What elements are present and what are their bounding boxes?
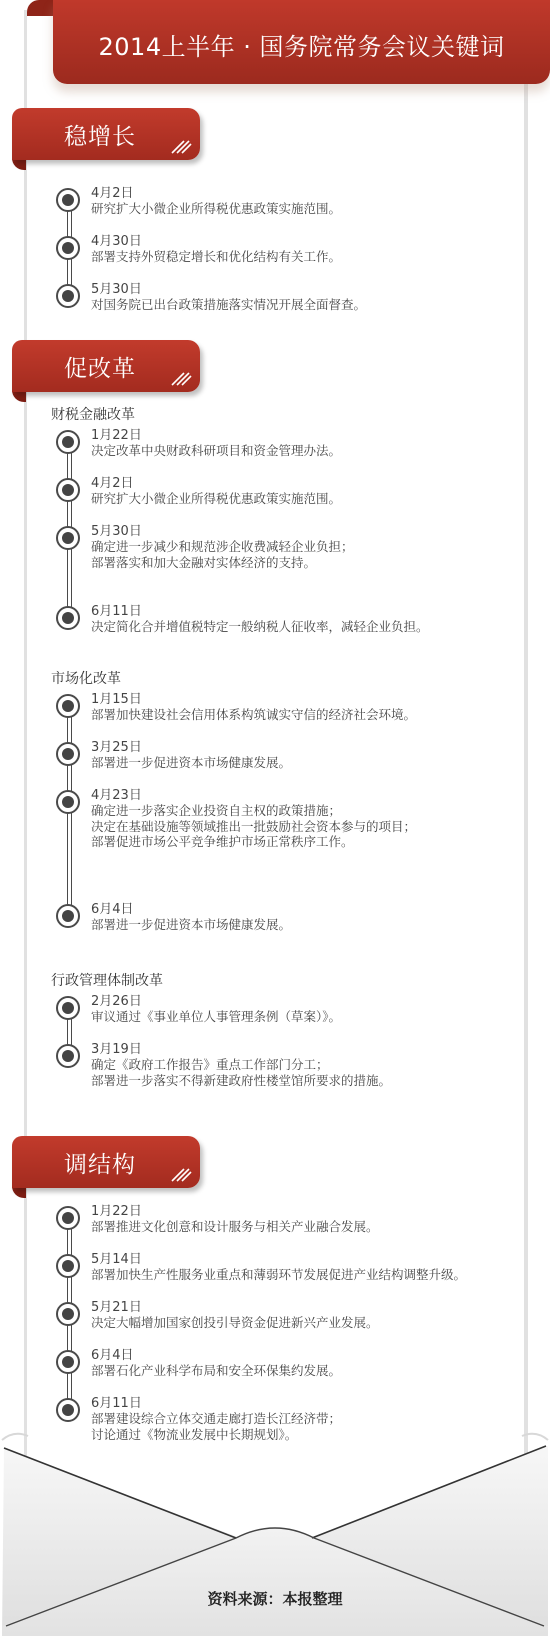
timeline-node-icon <box>56 904 80 928</box>
item-text: 确定进一步减少和规范涉企收费减轻企业负担； <box>91 539 531 555</box>
subsection-heading: 行政管理体制改革 <box>51 970 163 990</box>
timeline-node-icon <box>56 430 80 454</box>
timeline-node-icon <box>56 1350 80 1374</box>
section-ribbon-restructure: 调结构 <box>12 1136 200 1188</box>
item-text: 审议通过《事业单位人事管理条例（草案）》。 <box>91 1009 531 1025</box>
hatch-icon <box>170 136 192 154</box>
timeline-node-icon <box>56 526 80 550</box>
item-date: 1月22日 <box>91 428 531 443</box>
item-text: 研究扩大小微企业所得税优惠政策实施范围。 <box>91 491 531 507</box>
section-label: 促改革 <box>64 350 136 383</box>
item-text: 部署石化产业科学布局和安全环保集约发展。 <box>91 1363 531 1379</box>
timeline-node-icon <box>56 1206 80 1230</box>
timeline-node-icon <box>56 742 80 766</box>
timeline-node-icon <box>56 790 80 814</box>
item-text: 部署进一步促进资本市场健康发展。 <box>91 755 531 771</box>
subsection-heading: 财税金融改革 <box>51 404 135 424</box>
section-label: 调结构 <box>64 1146 136 1179</box>
item-text: 部署落实和加大金融对实体经济的支持。 <box>91 555 531 571</box>
item-text: 研究扩大小微企业所得税优惠政策实施范围。 <box>91 201 531 217</box>
timeline-node-icon <box>56 478 80 502</box>
item-date: 5月21日 <box>91 1300 531 1315</box>
timeline-node-icon <box>56 996 80 1020</box>
timeline-node-icon <box>56 284 80 308</box>
item-date: 3月19日 <box>91 1042 531 1057</box>
page-title: 2014上半年 · 国务院常务会议关键词 <box>99 27 505 62</box>
item-text: 部署加快生产性服务业重点和薄弱环节发展促进产业结构调整升级。 <box>91 1267 531 1283</box>
item-text: 部署推进文化创意和设计服务与相关产业融合发展。 <box>91 1219 531 1235</box>
item-date: 5月30日 <box>91 524 531 539</box>
item-date: 1月22日 <box>91 1204 531 1219</box>
item-date: 6月4日 <box>91 1348 531 1363</box>
section-ribbon-stable-growth: 稳增长 <box>12 108 200 160</box>
item-date: 1月15日 <box>91 692 531 707</box>
item-text: 确定进一步落实企业投资自主权的政策措施； <box>91 803 531 819</box>
section-ribbon-reform: 促改革 <box>12 340 200 392</box>
timeline-node-icon <box>56 694 80 718</box>
item-date: 3月25日 <box>91 740 531 755</box>
section-label: 稳增长 <box>64 118 136 151</box>
item-text: 部署进一步促进资本市场健康发展。 <box>91 917 531 933</box>
item-date: 4月2日 <box>91 476 531 491</box>
item-date: 6月11日 <box>91 604 531 619</box>
item-date: 6月4日 <box>91 902 531 917</box>
item-date: 5月14日 <box>91 1252 531 1267</box>
title-ribbon: 2014上半年 · 国务院常务会议关键词 <box>53 0 550 84</box>
item-text: 确定《政府工作报告》重点工作部门分工； <box>91 1057 531 1073</box>
timeline-node-icon <box>56 606 80 630</box>
item-text: 部署进一步落实不得新建政府性楼堂馆所要求的措施。 <box>91 1073 531 1089</box>
source-credit: 资料来源：本报整理 <box>0 1588 550 1609</box>
item-text: 部署加快建设社会信用体系构筑诚实守信的经济社会环境。 <box>91 707 531 723</box>
item-text: 对国务院已出台政策措施落实情况开展全面督查。 <box>91 297 531 313</box>
subsection-heading: 市场化改革 <box>51 668 121 688</box>
item-text: 决定大幅增加国家创投引导资金促进新兴产业发展。 <box>91 1315 531 1331</box>
item-date: 4月30日 <box>91 234 531 249</box>
item-text: 部署促进市场公平竞争维护市场正常秩序工作。 <box>91 834 531 850</box>
item-text: 部署支持外贸稳定增长和优化结构有关工作。 <box>91 249 531 265</box>
timeline-node-icon <box>56 188 80 212</box>
item-date: 4月2日 <box>91 186 531 201</box>
item-date: 4月23日 <box>91 788 531 803</box>
hatch-icon <box>170 1164 192 1182</box>
timeline-node-icon <box>56 1254 80 1278</box>
item-date: 5月30日 <box>91 282 531 297</box>
hatch-icon <box>170 368 192 386</box>
item-text: 决定改革中央财政科研项目和资金管理办法。 <box>91 443 531 459</box>
item-date: 2月26日 <box>91 994 531 1009</box>
timeline-node-icon <box>56 1044 80 1068</box>
item-text: 决定在基础设施等领域推出一批鼓励社会资本参与的项目； <box>91 819 531 835</box>
timeline-node-icon <box>56 236 80 260</box>
timeline-node-icon <box>56 1302 80 1326</box>
item-text: 决定简化合并增值税特定一般纳税人征收率，减轻企业负担。 <box>91 619 531 635</box>
